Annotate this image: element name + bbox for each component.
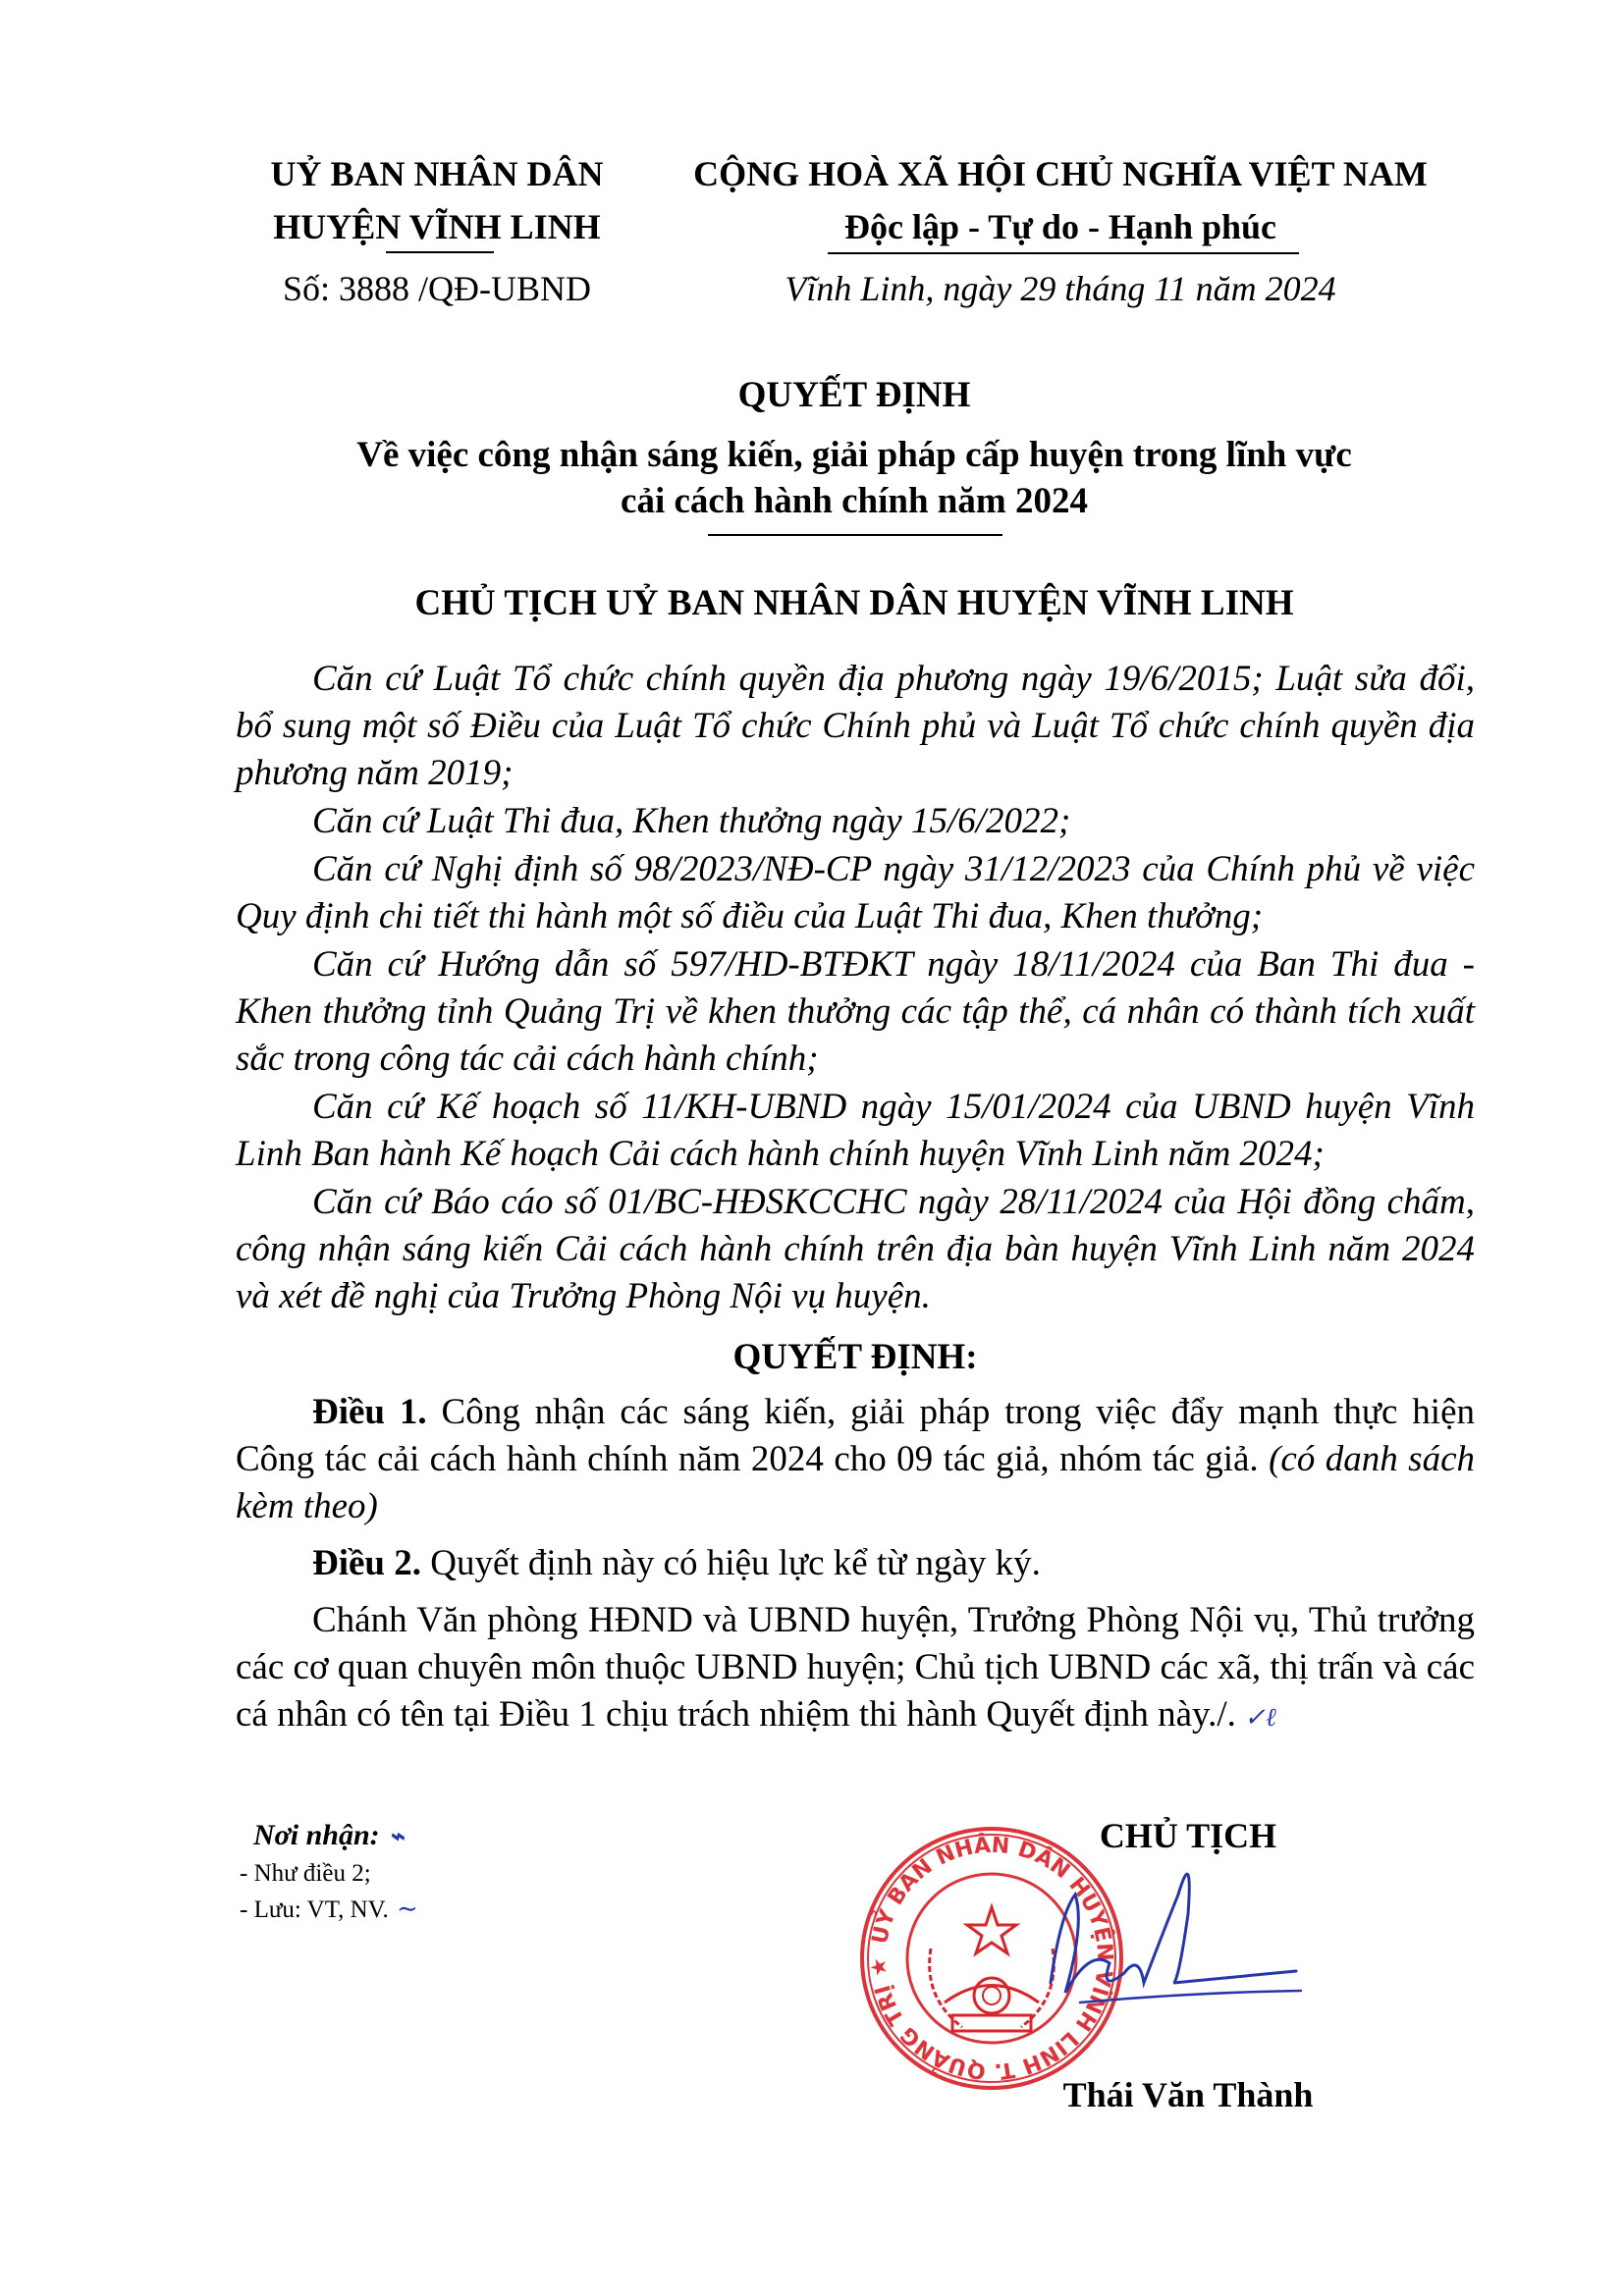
authority-line-1: UỶ BAN NHÂN DÂN (236, 147, 638, 200)
article-1: Điều 1. Công nhận các sáng kiến, giải ph… (236, 1389, 1475, 1530)
authority-line-2: HUYỆN VĨNH LINH (236, 200, 638, 253)
recipient-item: - Lưu: VT, NV. ∼ (240, 1892, 764, 1928)
execution-clause-text: Chánh Văn phòng HĐND và UBND huyện, Trưở… (236, 1600, 1475, 1735)
legal-basis: Căn cứ Hướng dẫn số 597/HD-BTĐKT ngày 18… (236, 941, 1475, 1083)
place-and-date: Vĩnh Linh, ngày 29 tháng 11 năm 2024 (668, 259, 1453, 318)
document-body: Căn cứ Luật Tổ chức chính quyền địa phươ… (236, 656, 1475, 1742)
document-number: Số: 3888 /QĐ-UBND (236, 259, 638, 318)
article-label: Điều 1. (312, 1392, 427, 1432)
subject-line-1: Về việc công nhận sáng kiến, giải pháp c… (236, 432, 1473, 478)
execution-clause: Chánh Văn phòng HĐND và UBND huyện, Trưở… (236, 1597, 1475, 1741)
motto-underline (828, 252, 1299, 254)
authority-underline (386, 251, 494, 253)
legal-basis: Căn cứ Luật Thi đua, Khen thưởng ngày 15… (236, 798, 1475, 845)
legal-basis: Căn cứ Kế hoạch số 11/KH-UBND ngày 15/01… (236, 1084, 1475, 1178)
document-title: QUYẾT ĐỊNH (236, 371, 1473, 420)
title-underline (708, 534, 1002, 536)
motto: Độc lập - Tự do - Hạnh phúc (668, 200, 1453, 253)
document-subject: Về việc công nhận sáng kiến, giải pháp c… (236, 432, 1473, 524)
issuing-authority: UỶ BAN NHÂN DÂN HUYỆN VĨNH LINH Số: 3888… (236, 147, 638, 318)
signature-block: CHỦ TỊCH Thái Văn Thành (982, 1811, 1394, 1860)
authority-heading: CHỦ TỊCH UỶ BAN NHÂN DÂN HUYỆN VĨNH LINH (236, 579, 1473, 628)
article-label: Điều 2. (312, 1543, 421, 1583)
subject-line-2: cải cách hành chính năm 2024 (236, 478, 1473, 524)
initial-mark-icon: ⌁ (380, 1822, 405, 1851)
legal-basis: Căn cứ Luật Tổ chức chính quyền địa phươ… (236, 656, 1475, 797)
legal-basis: Căn cứ Nghị định số 98/2023/NĐ-CP ngày 3… (236, 846, 1475, 940)
initial-mark-icon: ✓ℓ (1236, 1703, 1276, 1733)
handwritten-signature-icon (1031, 1855, 1326, 2022)
country-name: CỘNG HOÀ XÃ HỘI CHỦ NGHĨA VIỆT NAM (668, 147, 1453, 200)
recipients-label: Nơi nhận: ⌁ (253, 1816, 764, 1856)
initial-mark-icon: ∼ (389, 1895, 418, 1924)
recipients-block: Nơi nhận: ⌁ - Như điều 2; - Lưu: VT, NV.… (253, 1816, 764, 1928)
article-2: Điều 2. Quyết định này có hiệu lực kể từ… (236, 1540, 1475, 1587)
signer-name: Thái Văn Thành (982, 2074, 1394, 2115)
recipient-item: - Như điều 2; (240, 1856, 764, 1892)
decision-heading: QUYẾT ĐỊNH: (236, 1334, 1475, 1381)
article-text: Quyết định này có hiệu lực kể từ ngày ký… (421, 1543, 1041, 1583)
national-motto: CỘNG HOÀ XÃ HỘI CHỦ NGHĨA VIỆT NAM Độc l… (668, 147, 1453, 318)
signer-role: CHỦ TỊCH (982, 1811, 1394, 1860)
legal-basis: Căn cứ Báo cáo số 01/BC-HĐSKCCHC ngày 28… (236, 1179, 1475, 1320)
